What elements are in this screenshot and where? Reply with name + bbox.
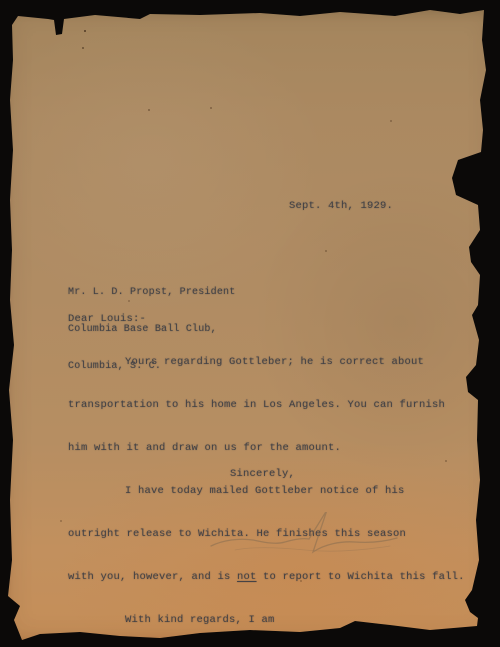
letter-paper: Sept. 4th, 1929. Mr. L. D. Propst, Presi… — [0, 0, 500, 647]
date-line: Sept. 4th, 1929. — [289, 200, 393, 212]
salutation-line: Dear Louis:- — [68, 313, 146, 325]
signature-handwriting — [205, 512, 415, 562]
body-line: with you, however, and is not to report … — [68, 568, 465, 587]
body-line: transportation to his home in Los Angele… — [68, 396, 465, 415]
paper-specks — [84, 30, 86, 32]
letter-body: Yours regarding Gottleber; he is correct… — [68, 329, 465, 647]
underlined-word: not — [237, 571, 257, 583]
closing-line: With kind regards, I am — [68, 611, 465, 630]
body-line: Yours regarding Gottleber; he is correct… — [68, 353, 465, 372]
body-line: I have today mailed Gottleber notice of … — [68, 482, 465, 501]
body-text-segment: to report to Wichita this fall. — [257, 571, 465, 583]
body-line: him with it and draw on us for the amoun… — [68, 439, 465, 458]
body-text-segment: with you, however, and is — [68, 571, 237, 583]
recipient-name-line: Mr. L. D. Propst, President — [68, 286, 235, 299]
signoff-line: Sincerely, — [230, 468, 295, 480]
